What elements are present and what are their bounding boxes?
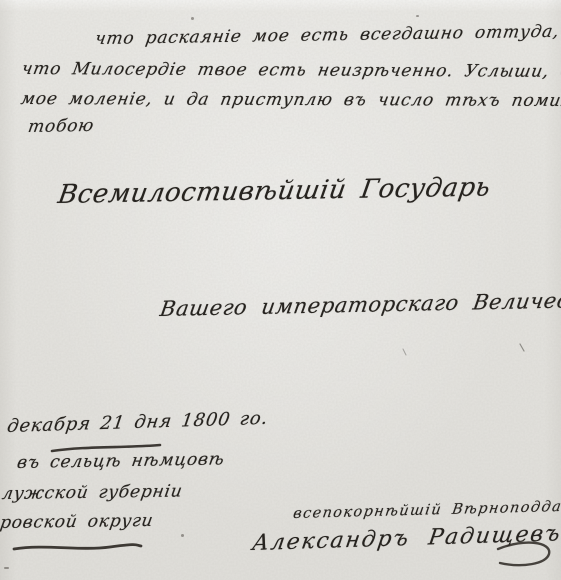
body-line-2-text: что Милосердіе твое есть неизрѣченно. Ус… bbox=[20, 59, 561, 83]
district-text: ровской округи bbox=[0, 511, 155, 533]
signature-name-text: Александръ Радищевъ bbox=[251, 521, 561, 556]
paper-speck-1 bbox=[191, 17, 194, 20]
dateline-year: 1800 го. bbox=[170, 408, 269, 432]
salutation-line: Всемилостивѣйшій Государь bbox=[58, 172, 491, 210]
body-line-3-text: мое моленіе, и да приступлю въ число тѣх… bbox=[19, 89, 561, 111]
stray-tick-1 bbox=[520, 344, 524, 351]
dateline-month: декабря bbox=[6, 413, 102, 437]
paper-speck-4 bbox=[4, 567, 9, 569]
paper-speck-3 bbox=[181, 534, 184, 537]
body-line-1: что раскаяніе мое есть всегдашно оттуда,… bbox=[95, 21, 561, 49]
dateline-day: 21 дня bbox=[99, 411, 174, 434]
body-line-4-text: тобою bbox=[27, 116, 96, 137]
address-line: Вашего императорскаго Величества. bbox=[160, 287, 561, 321]
body-line-3: мое моленіе, и да приступлю въ число тѣх… bbox=[21, 89, 561, 111]
body-line-2: что Милосердіе твое есть неизрѣченно. Ус… bbox=[22, 59, 561, 83]
province-line: лужской губерніи bbox=[2, 481, 183, 504]
body-line-4: тобою bbox=[28, 116, 94, 137]
village-text: въ сельцѣ нѣмцовѣ bbox=[16, 449, 227, 473]
address-text: Вашего императорскаго Величества. bbox=[158, 287, 561, 321]
body-line-1-text: что раскаяніе мое есть всегдашно оттуда,… bbox=[94, 21, 561, 49]
stray-tick-2 bbox=[403, 349, 406, 355]
dateline: декабря 21 дня 1800 го. bbox=[7, 408, 268, 437]
signature-title-line: всепокорнѣйшій Вѣрноподданной bbox=[293, 498, 561, 522]
paper-speck-2 bbox=[416, 15, 419, 17]
manuscript-page: что раскаяніе мое есть всегдашно оттуда,… bbox=[0, 0, 561, 580]
province-text: лужской губерніи bbox=[1, 481, 185, 504]
district-line: ровской округи bbox=[0, 511, 153, 533]
signature-title-text: всепокорнѣйшій Вѣрноподданной bbox=[292, 498, 561, 522]
district-flourish bbox=[14, 545, 141, 549]
village-line: въ сельцѣ нѣмцовѣ bbox=[17, 449, 225, 473]
salutation-text: Всемилостивѣйшій Государь bbox=[56, 172, 493, 210]
signature-name-line: Александръ Радищевъ bbox=[252, 521, 561, 556]
